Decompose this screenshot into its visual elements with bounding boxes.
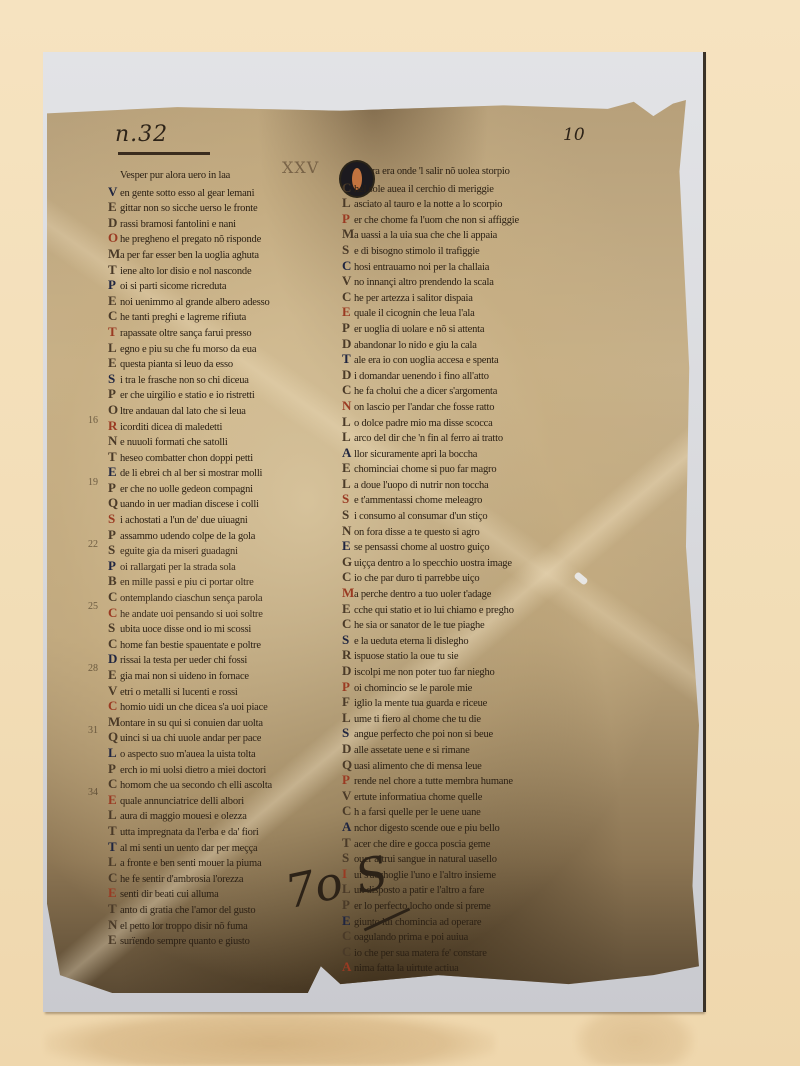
verse-line: Egittar non so sicche uerso le fronte: [108, 199, 333, 215]
verse-line: Larco del dir che 'n fin al ferro ai tra…: [342, 429, 572, 445]
verse-initial: S: [342, 242, 354, 258]
verse-text: ltre andauan dal lato che si leua: [120, 406, 246, 417]
verse-initial: D: [342, 367, 354, 383]
verse-line: Discolpi me non poter tuo far niegho: [342, 663, 572, 679]
verse-line: Coagulando prima e poi auiua: [342, 928, 572, 944]
verse-initial: P: [108, 480, 120, 496]
verse-initial: P: [342, 320, 354, 336]
verse-initial: E: [342, 304, 354, 320]
verse-text: ra era onde 'l salir nõ uolea storpio: [372, 166, 510, 177]
verse-initial: C: [108, 308, 120, 324]
verse-text: oi chomincio se le parole mie: [354, 683, 472, 694]
verse-text: surïendo sempre quanto e giusto: [120, 936, 250, 947]
verse-line: Ma perche dentro a tuo uoler t'adage: [342, 585, 572, 601]
verse-text: gia mai non si uideno in fornace: [120, 671, 249, 682]
verse-text: o dolce padre mio ma disse scocca: [354, 418, 493, 429]
verse-line: Tale era io con uoglia accesa e spenta: [342, 351, 572, 367]
verse-line: Ven gente sotto esso al gear lemani: [108, 184, 333, 200]
verse-text: ispuose statio la oue tu sie: [354, 651, 458, 662]
verse-line: Prende nel chore a tutte membra humane: [342, 772, 572, 788]
verse-text: home fan bestie spauentate e poltre: [120, 640, 261, 651]
verse-initial: P: [108, 558, 120, 574]
verse-initial: L: [108, 854, 120, 870]
verse-initial: E: [108, 293, 120, 309]
verse-text: i domandar uenendo i fino all'atto: [354, 371, 489, 382]
verse-line: La doue l'uopo di nutrir non toccha: [342, 476, 572, 492]
verse-line: Ede li ebrei ch al ber si mostrar molli: [108, 464, 333, 480]
verse-line: Lo dolce padre mio ma disse scocca: [342, 414, 572, 430]
verse-line: Che tanti preghi e lagreme rifiuta: [108, 308, 333, 324]
verse-initial: D: [108, 651, 120, 667]
verse-text: a uassi a la uia sua che che li appaia: [354, 230, 497, 241]
margin-line-number: 16: [88, 415, 98, 426]
verse-initial: P: [108, 277, 120, 293]
verse-initial: E: [342, 538, 354, 554]
verse-text: hosi entrauamo noi per la challaia: [354, 262, 489, 273]
wall-water-stain-right: [575, 1005, 695, 1065]
verse-initial: P: [108, 761, 120, 777]
verse-initial: C: [108, 605, 120, 621]
verse-text: rissai la testa per ueder chi fossi: [120, 655, 247, 666]
verse-initial: M: [342, 585, 354, 601]
verse-text: he per artezza i salitor dispaia: [354, 293, 473, 304]
verse-line: Cio che per sua matera fe' constare: [342, 944, 572, 960]
verse-initial: P: [342, 211, 354, 227]
verse-line: Quando in uer madian discese i colli: [108, 495, 333, 511]
verse-text: iglio la mente tua guarda e riceue: [354, 698, 487, 709]
verse-text: de li ebrei ch al ber si mostrar molli: [120, 468, 262, 479]
verse-line: Theseo combatter chon doppi petti: [108, 449, 333, 465]
verse-line: Tal mi senti un uento dar per meçça: [108, 839, 333, 855]
verse-line: Egia mai non si uideno in fornace: [108, 667, 333, 683]
verse-text: rassi bramosi fantolini e nani: [120, 219, 236, 230]
verse-text: asciato al tauro e la notte a lo scorpio: [354, 199, 502, 210]
verse-text: he sia or sanator de le tue piaghe: [354, 620, 485, 631]
verse-initial: B: [108, 573, 120, 589]
verse-line: Chome fan bestie spauentate e poltre: [108, 636, 333, 652]
verse-initial: L: [108, 807, 120, 823]
verse-text: alle assetate uene e si rimane: [354, 745, 470, 756]
verse-text: no innançi altro prendendo la scala: [354, 277, 494, 288]
verse-line: Allor sicuramente apri la boccha: [342, 445, 572, 461]
verse-text: ale era io con uoglia accesa e spenta: [354, 355, 498, 366]
verse-text: uinci si ua chi uuole andar per pace: [120, 733, 261, 744]
verse-initial: L: [342, 414, 354, 430]
verse-initial: Q: [342, 757, 354, 773]
verse-text: uando in uer madian discese i colli: [120, 499, 259, 510]
verse-initial: E: [108, 667, 120, 683]
verse-text: gittar non so sicche uerso le fronte: [120, 203, 257, 214]
verse-initial: D: [342, 663, 354, 679]
margin-line-number: 19: [88, 477, 98, 488]
margin-line-number: 25: [88, 601, 98, 612]
wall-water-stain: [45, 1010, 495, 1066]
verse-line: Subita uoce disse ond io mi scossi: [108, 620, 333, 636]
verse-line: Echominciai chome si puo far magro: [342, 460, 572, 476]
verse-initial: A: [342, 959, 354, 975]
verse-line: Per che uirgilio e statio e io ristretti: [108, 386, 333, 402]
verse-line: Drissai la testa per ueder chi fossi: [108, 651, 333, 667]
verse-text: oi rallargati per la strada sola: [120, 562, 236, 573]
verse-initial: P: [108, 386, 120, 402]
verse-line: Montare in su qui si conuien dar uolta: [108, 714, 333, 730]
verse-initial: L: [342, 710, 354, 726]
verse-text: iscolpi me non poter tuo far niegho: [354, 667, 495, 678]
verse-line: Ma per far esser ben la uoglia aghuta: [108, 246, 333, 262]
verse-text: er che no uolle gedeon compagni: [120, 484, 253, 495]
verse-text: ontare in su qui si conuien dar uolta: [120, 718, 263, 729]
verse-line: Ecche qui statio et io lui chiamo e preg…: [342, 601, 572, 617]
verse-initial: M: [108, 246, 120, 262]
verse-line: Equale il cicognin che leua l'ala: [342, 304, 572, 320]
verse-line: Laura di maggio mouesi e olezza: [108, 807, 333, 823]
verse-text: a doue l'uopo di nutrir non toccha: [354, 480, 488, 491]
verse-text: utta impregnata da l'erba e da' fiori: [120, 827, 259, 838]
verse-text: he andate uoi pensando si uoi soltre: [120, 609, 263, 620]
verse-text: he fe sentir d'ambrosia l'orezza: [120, 874, 243, 885]
verse-initial: D: [342, 336, 354, 352]
verse-text: er che uirgilio e statio e io ristretti: [120, 390, 255, 401]
verse-text: al mi senti un uento dar per meçça: [120, 843, 258, 854]
verse-initial: C: [342, 258, 354, 274]
verse-line: Enoi uenimmo al grande albero adesso: [108, 293, 333, 309]
verse-initial: S: [108, 542, 120, 558]
verse-initial: D: [342, 741, 354, 757]
verse-text: chominciai chome si puo far magro: [354, 464, 496, 475]
verse-text: i tra le frasche non so chi diceua: [120, 375, 249, 386]
verse-line: Nel petto lor troppo disir nõ fuma: [108, 917, 333, 933]
verse-initial: R: [342, 647, 354, 663]
verse-initial: T: [342, 351, 354, 367]
verse-text: questa pianta si leuo da esso: [120, 359, 233, 370]
verse-text: er che chome fa l'uom che non si affiggi…: [354, 215, 519, 226]
verse-text: ontemplando ciaschun sença parola: [120, 593, 262, 604]
verse-text: e nuuoli formati che satolli: [120, 437, 228, 448]
verse-text: eguite gia da miseri guadagni: [120, 546, 238, 557]
verse-initial: E: [342, 601, 354, 617]
verse-initial: C: [342, 289, 354, 305]
verse-line: Poi si parti sicome ricreduta: [108, 277, 333, 293]
verse-initial: Q: [108, 495, 120, 511]
verse-line: Ricorditi dicea di maledetti: [108, 418, 333, 434]
verse-text: quale annunciatrice delli albori: [120, 796, 244, 807]
shelfmark: n.32: [115, 122, 168, 147]
verse-text: etri o metalli si lucenti e rossi: [120, 687, 238, 698]
verse-line: Vno innançi altro prendendo la scala: [342, 273, 572, 289]
verse-line: Quasi alimento che di mensa leue: [342, 757, 572, 773]
verse-initial: L: [108, 745, 120, 761]
verse-text: anto di gratia che l'amor del gusto: [120, 905, 255, 916]
verse-line: Quinci si ua chi uuole andar per pace: [108, 729, 333, 745]
verse-text: erch io mi uolsi dietro a miei doctori: [120, 765, 266, 776]
verse-line: Che sia or sanator de le tue piaghe: [342, 616, 572, 632]
verse-text: on fora disse a te questo si agro: [354, 527, 480, 538]
verse-initial: T: [108, 324, 120, 340]
verse-line: Si tra le frasche non so chi diceua: [108, 371, 333, 387]
verse-text: a perche dentro a tuo uoler t'adage: [354, 589, 491, 600]
verse-line: Chomio uidi un che dicea s'a uoi piace: [108, 698, 333, 714]
verse-line: Poi chomincio se le parole mie: [342, 679, 572, 695]
verse-initial: Q: [108, 729, 120, 745]
verse-line: Se t'ammentassi chome meleagro: [342, 491, 572, 507]
verse-text: cche qui statio et io lui chiamo e pregh…: [354, 605, 514, 616]
verse-line: Ben mille passi e piu ci portar oltre: [108, 573, 333, 589]
verse-text: el petto lor troppo disir nõ fuma: [120, 921, 248, 932]
verse-initial: L: [342, 195, 354, 211]
verse-initial: P: [342, 772, 354, 788]
folio-number: 10: [563, 125, 585, 145]
verse-line: Di domandar uenendo i fino all'atto: [342, 367, 572, 383]
verse-text: o aspecto suo m'auea la uista tolta: [120, 749, 255, 760]
verse-initial: O: [108, 230, 120, 246]
verse-line: Dabandonar lo nido e giu la cala: [342, 336, 572, 352]
verse-initial: C: [342, 928, 354, 944]
verse-initial: E: [342, 460, 354, 476]
verse-initial: O: [108, 402, 120, 418]
verse-text: e di bisogno stimolo il trafiggie: [354, 246, 480, 257]
verse-text: h a farsi quelle per le uene uane: [354, 807, 481, 818]
verse-line: Equesta pianta si leuo da esso: [108, 355, 333, 371]
verse-initial: C: [108, 589, 120, 605]
verse-line: Vetri o metalli si lucenti e rossi: [108, 683, 333, 699]
verse-initial: D: [108, 215, 120, 231]
verse-initial: E: [108, 355, 120, 371]
shelfmark-underline: [118, 152, 210, 155]
verse-text: ubita uoce disse ond io mi scossi: [120, 624, 251, 635]
verse-initial: T: [108, 262, 120, 278]
verse-line: Si achostati a l'un de' due uiuagni: [108, 511, 333, 527]
verse-text: quale il cicognin che leua l'ala: [354, 308, 475, 319]
verse-text: er lo perfecto locho onde si preme: [354, 901, 491, 912]
verse-initial: E: [108, 885, 120, 901]
verse-line: Passammo udendo colpe de la gola: [108, 527, 333, 543]
verse-line: Anchor digesto scende oue e piu bello: [342, 819, 572, 835]
verse-text: he tanti preghi e lagreme rifiuta: [120, 312, 246, 323]
verse-initial: S: [342, 725, 354, 741]
verse-line: Chel sole auea il cerchio di meriggie: [342, 180, 572, 196]
verse-initial: N: [342, 398, 354, 414]
verse-text: abandonar lo nido e giu la cala: [354, 340, 477, 351]
verse-text: homom che ua secondo ch elli ascolta: [120, 780, 272, 791]
verse-initial: L: [342, 476, 354, 492]
verse-line: Perch io mi uolsi dietro a miei doctori: [108, 761, 333, 777]
verse-initial: L: [342, 429, 354, 445]
verse-text: en gente sotto esso al gear lemani: [120, 188, 254, 199]
verse-initial: S: [342, 632, 354, 648]
verse-text: senti dir beati cui alluma: [120, 889, 219, 900]
verse-initial: M: [108, 714, 120, 730]
verse-line: Ma uassi a la uia sua che che li appaia: [342, 226, 572, 242]
verse-line: Figlio la mente tua guarda e riceue: [342, 694, 572, 710]
verse-line: Non fora disse a te questo si agro: [342, 523, 572, 539]
verse-text: nima fatta la uirtute actiua: [354, 963, 459, 974]
verse-initial: C: [342, 944, 354, 960]
verse-line: ra era onde 'l salir nõ uolea storpio: [342, 164, 572, 180]
verse-initial: N: [108, 433, 120, 449]
verse-initial: C: [342, 569, 354, 585]
verse-initial: F: [342, 694, 354, 710]
verse-text: angue perfecto che poi non si beue: [354, 729, 493, 740]
verse-initial: T: [108, 901, 120, 917]
verse-line: Che fa cholui che a dicer s'argomenta: [342, 382, 572, 398]
verse-initial: A: [342, 819, 354, 835]
verse-text: en mille passi e piu ci portar oltre: [120, 577, 254, 588]
verse-line: Anima fatta la uirtute actiua: [342, 959, 572, 975]
verse-line: Si consumo al consumar d'un stiço: [342, 507, 572, 523]
verse-line: Guiçça dentro a lo specchio uostra image: [342, 554, 572, 570]
verse-initial: P: [342, 679, 354, 695]
verse-text: i consumo al consumar d'un stiço: [354, 511, 487, 522]
verse-text: he fa cholui che a dicer s'argomenta: [354, 386, 497, 397]
verse-initial: E: [108, 464, 120, 480]
verse-line: Esurïendo sempre quanto e giusto: [108, 932, 333, 948]
verse-initial: N: [108, 917, 120, 933]
verse-line: Chomom che ua secondo ch elli ascolta: [108, 776, 333, 792]
verse-text: aura di maggio mouesi e olezza: [120, 811, 247, 822]
verse-initial: C: [342, 382, 354, 398]
verse-initial: L: [108, 340, 120, 356]
verse-line: Ohe pregheno el pregato nõ risponde: [108, 230, 333, 246]
margin-line-number: 28: [88, 663, 98, 674]
verse-text: heseo combatter chon doppi petti: [120, 453, 253, 464]
verse-text: uiçça dentro a lo specchio uostra image: [354, 558, 512, 569]
verse-line: Sangue perfecto che poi non si beue: [342, 725, 572, 741]
verse-line: Se la ueduta eterna li dislegho: [342, 632, 572, 648]
verse-line: Che andate uoi pensando si uoi soltre: [108, 605, 333, 621]
verse-line: Non lascio per l'andar che fosse ratto: [342, 398, 572, 414]
verse-text: rapassate oltre sança farui presso: [120, 328, 251, 339]
verse-line: Lasciato al tauro e la notte a lo scorpi…: [342, 195, 572, 211]
verse-initial: E: [108, 792, 120, 808]
verse-initial: C: [108, 776, 120, 792]
verse-line: Tiene alto lor disio e nol nasconde: [108, 262, 333, 278]
verse-initial: T: [108, 839, 120, 855]
verse-initial: C: [342, 803, 354, 819]
margin-line-number: 34: [88, 787, 98, 798]
verse-text: a per far esser ben la uoglia aghuta: [120, 250, 259, 261]
verse-line: Lo aspecto suo m'auea la uista tolta: [108, 745, 333, 761]
verse-initial: T: [108, 449, 120, 465]
verse-text: assammo udendo colpe de la gola: [120, 531, 255, 542]
verse-text: homio uidi un che dicea s'a uoi piace: [120, 702, 268, 713]
verse-text: Vesper pur alora uero in laa: [120, 170, 230, 181]
verse-line: Vesper pur alora uero in laa: [108, 168, 333, 184]
verse-text: arco del dir che 'n fin al ferro ai trat…: [354, 433, 503, 444]
verse-line: Per uoglia di uolare e nõ si attenta: [342, 320, 572, 336]
verse-initial: S: [108, 511, 120, 527]
verse-line: Chosi entrauamo noi per la challaia: [342, 258, 572, 274]
verse-text: ertute informatiua chome quelle: [354, 792, 482, 803]
verse-text: noi uenimmo al grande albero adesso: [120, 297, 270, 308]
mount-edge-shadow: [703, 52, 706, 1012]
verse-initial: E: [108, 199, 120, 215]
verse-text: e la ueduta eterna li dislegho: [354, 636, 468, 647]
verse-text: egno e piu su che fu morso da eua: [120, 344, 256, 355]
verse-text: hel sole auea il cerchio di meriggie: [354, 184, 494, 195]
verse-line: Se di bisogno stimolo il trafiggie: [342, 242, 572, 258]
verse-initial: T: [108, 823, 120, 839]
verse-line: Contemplando ciaschun sença parola: [108, 589, 333, 605]
verse-text: iene alto lor disio e nol nasconde: [120, 266, 251, 277]
margin-line-number: 22: [88, 539, 98, 550]
verse-text: a fronte e ben senti mouer la piuma: [120, 858, 261, 869]
verse-initial: G: [342, 554, 354, 570]
verse-line: Rispuose statio la oue tu sie: [342, 647, 572, 663]
verse-text: on lascio per l'andar che fosse ratto: [354, 402, 494, 413]
verse-line: Vertute informatiua chome quelle: [342, 788, 572, 804]
verse-text: rende nel chore a tutte membra humane: [354, 776, 513, 787]
verse-initial: C: [108, 870, 120, 886]
verse-initial: S: [108, 620, 120, 636]
verse-text: he pregheno el pregato nõ risponde: [120, 234, 261, 245]
verse-line: Poi rallargati per la strada sola: [108, 558, 333, 574]
verse-initial: V: [108, 683, 120, 699]
verse-text: io che per sua matera fe' constare: [354, 948, 487, 959]
verse-line: Legno e piu su che fu morso da eua: [108, 340, 333, 356]
verse-text: nchor digesto scende oue e piu bello: [354, 823, 500, 834]
verse-line: Dalle assetate uene e si rimane: [342, 741, 572, 757]
verse-text: i achostati a l'un de' due uiuagni: [120, 515, 248, 526]
verse-line: Trapassate oltre sança farui presso: [108, 324, 333, 340]
verse-text: se pensassi chome al uostro guiço: [354, 542, 489, 553]
verse-text: oi si parti sicome ricreduta: [120, 281, 226, 292]
verse-line: Drassi bramosi fantolini e nani: [108, 215, 333, 231]
verse-text: e t'ammentassi chome meleagro: [354, 495, 482, 506]
verse-line: Ne nuuoli formati che satolli: [108, 433, 333, 449]
verse-line: Oltre andauan dal lato che si leua: [108, 402, 333, 418]
verse-text: icorditi dicea di maledetti: [120, 422, 222, 433]
verse-text: io che par duro ti parrebbe uiço: [354, 573, 479, 584]
verse-initial: C: [108, 698, 120, 714]
verse-text: llor sicuramente apri la boccha: [354, 449, 477, 460]
verse-initial: S: [342, 491, 354, 507]
verse-initial: V: [108, 184, 120, 200]
verse-text: er uoglia di uolare e nõ si attenta: [354, 324, 484, 335]
verse-initial: R: [108, 418, 120, 434]
verse-initial: C: [342, 180, 354, 196]
verse-line: Equale annunciatrice delli albori: [108, 792, 333, 808]
verse-line: Ese pensassi chome al uostro guiço: [342, 538, 572, 554]
margin-line-number: 31: [88, 725, 98, 736]
verse-initial: C: [108, 636, 120, 652]
verse-initial: N: [342, 523, 354, 539]
verse-initial: E: [108, 932, 120, 948]
verse-initial: S: [342, 507, 354, 523]
verse-line: Seguite gia da miseri guadagni: [108, 542, 333, 558]
verse-initial: C: [342, 616, 354, 632]
verse-initial: V: [342, 273, 354, 289]
verse-text: oagulando prima e poi auiua: [354, 932, 468, 943]
verse-line: Per che no uolle gedeon compagni: [108, 480, 333, 496]
verse-text: ume ti fiero al chome che tu die: [354, 714, 481, 725]
verse-line: Lume ti fiero al chome che tu die: [342, 710, 572, 726]
left-text-column: Vesper pur alora uero in laaVen gente so…: [108, 168, 333, 948]
verse-initial: T: [342, 835, 354, 851]
verse-initial: E: [342, 913, 354, 929]
verse-initial: S: [108, 371, 120, 387]
verse-initial: A: [342, 445, 354, 461]
verse-line: Per che chome fa l'uom che non si affigg…: [342, 211, 572, 227]
verse-line: Che per artezza i salitor dispaia: [342, 289, 572, 305]
verse-initial: V: [342, 788, 354, 804]
verse-line: Ch a farsi quelle per le uene uane: [342, 803, 572, 819]
verse-text: uasi alimento che di mensa leue: [354, 761, 482, 772]
verse-line: Tutta impregnata da l'erba e da' fiori: [108, 823, 333, 839]
verse-initial: M: [342, 226, 354, 242]
verse-initial: P: [108, 527, 120, 543]
verse-line: Cio che par duro ti parrebbe uiço: [342, 569, 572, 585]
